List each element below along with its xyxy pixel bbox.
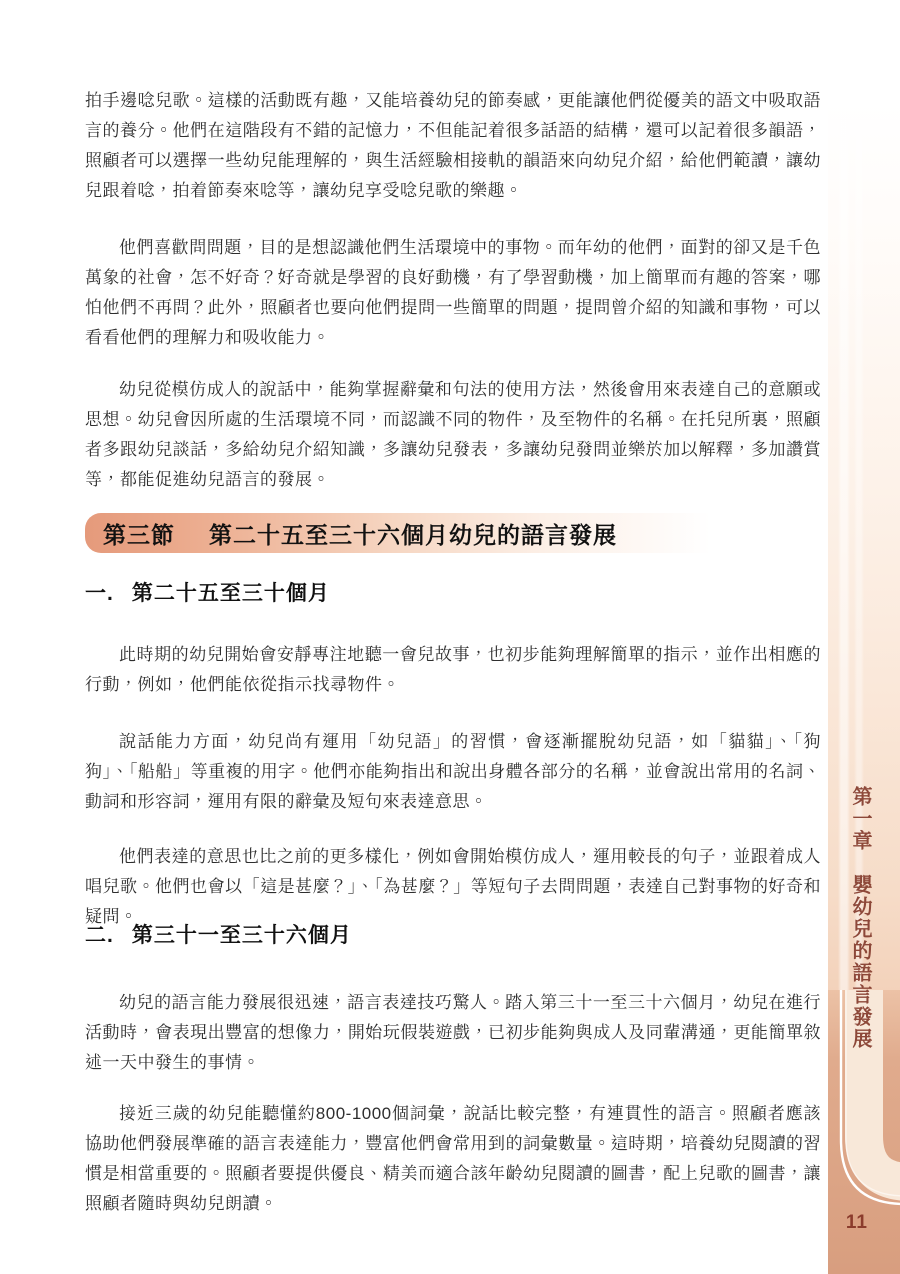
subsection-title: 第二十五至三十個月 (132, 582, 330, 605)
chapter-label-vertical: 第一章 嬰幼兒的語言發展 (846, 786, 875, 1016)
subsection-number: 二. (85, 924, 114, 947)
document-page: 拍手邊唸兒歌。這樣的活動既有趣，又能培養幼兒的節奏感，更能讓他們從優美的語文中吸… (0, 0, 900, 1274)
body-paragraph: 幼兒從模仿成人的說話中，能夠掌握辭彙和句法的使用方法，然後會用來表達自己的意願或… (85, 375, 821, 495)
section-heading-bar: 第三節 第二十五至三十六個月幼兒的語言發展 (85, 513, 821, 553)
subsection-heading: 一.第二十五至三十個月 (85, 577, 785, 607)
subsection-title: 第三十一至三十六個月 (132, 924, 352, 947)
body-paragraph: 他們喜歡問問題，目的是想認識他們生活環境中的事物。而年幼的他們，面對的卻又是千色… (85, 233, 821, 353)
subsection-number: 一. (85, 582, 114, 605)
section-number: 第三節 (103, 517, 175, 550)
body-paragraph: 幼兒的語言能力發展很迅速，語言表達技巧驚人。踏入第三十一至三十六個月，幼兒在進行… (85, 988, 821, 1078)
body-paragraph: 說話能力方面，幼兒尚有運用「幼兒語」的習慣，會逐漸擺脫幼兒語，如「貓貓」、「狗狗… (85, 727, 821, 817)
subsection-heading: 二.第三十一至三十六個月 (85, 919, 785, 949)
body-paragraph: 接近三歲的幼兒能聽懂約800-1000個詞彙，說話比較完整，有連貫性的語言。照顧… (85, 1099, 821, 1219)
section-title: 第二十五至三十六個月幼兒的語言發展 (209, 517, 617, 550)
body-paragraph: 拍手邊唸兒歌。這樣的活動既有趣，又能培養幼兒的節奏感，更能讓他們從優美的語文中吸… (85, 86, 821, 206)
body-paragraph: 此時期的幼兒開始會安靜專注地聽一會兒故事，也初步能夠理解簡單的指示，並作出相應的… (85, 640, 821, 700)
page-number: 11 (846, 1212, 868, 1234)
